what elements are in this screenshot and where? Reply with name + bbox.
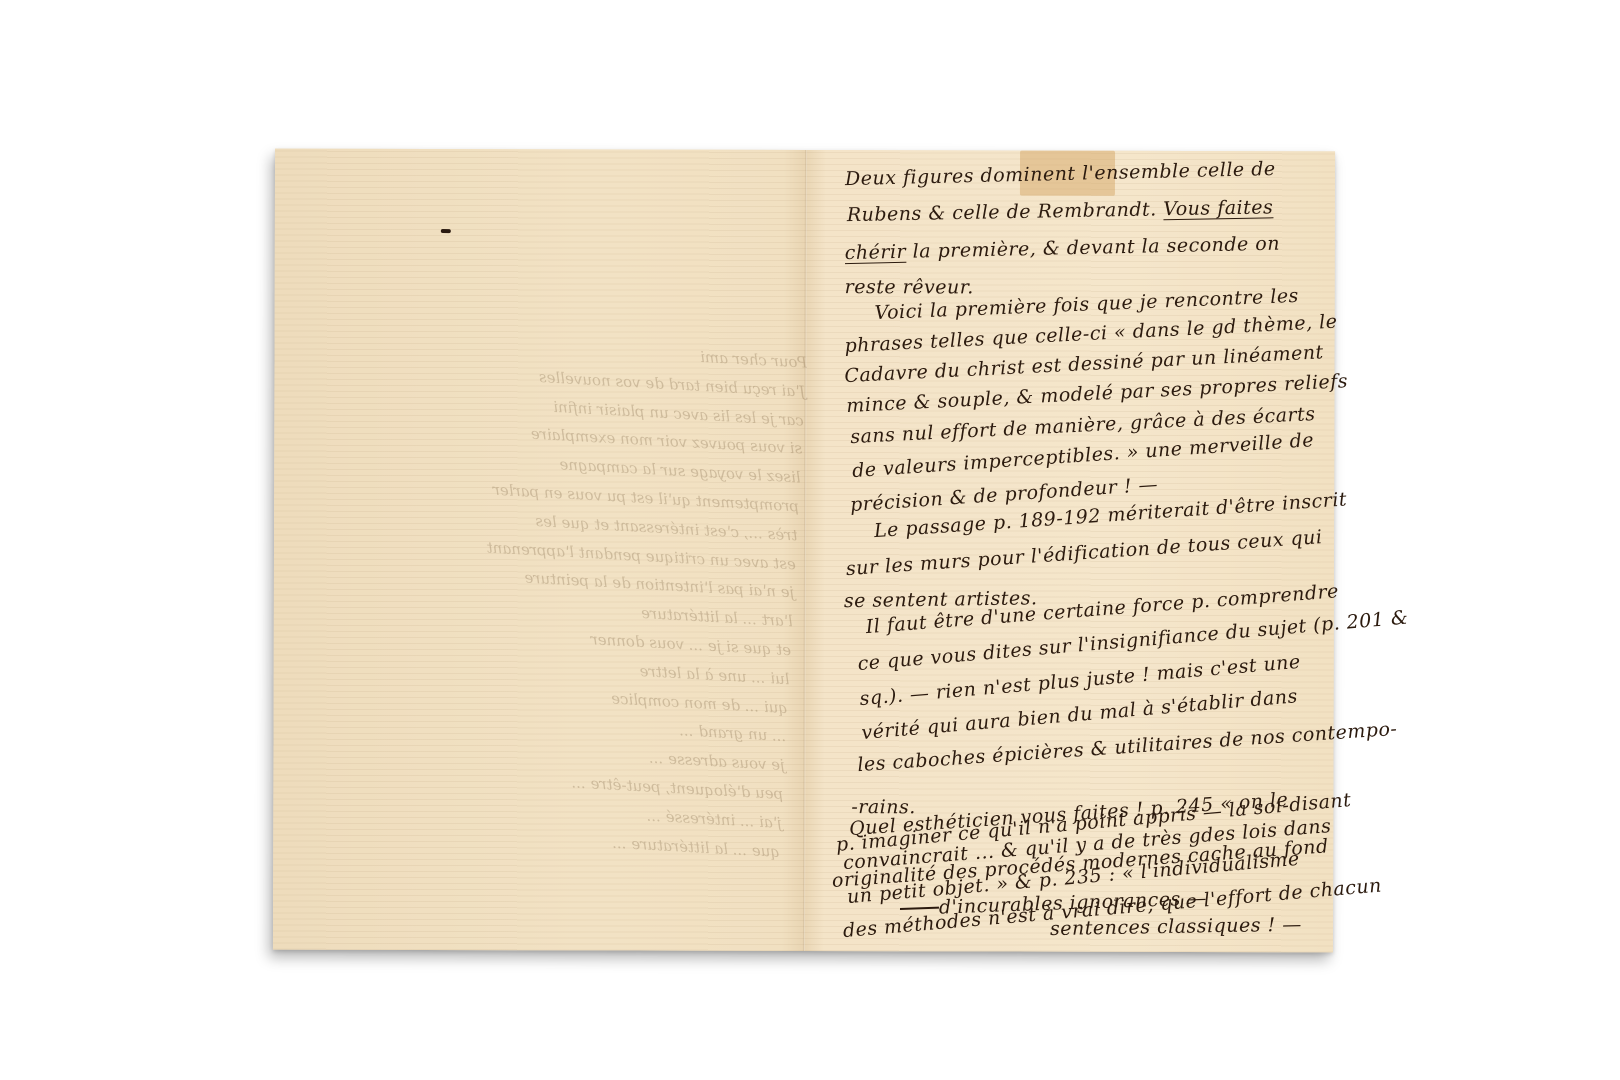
struck-word: ​ <box>900 897 940 920</box>
handwritten-lines: Deux figures dominent l'ensemble celle d… <box>845 168 1335 169</box>
line-1: Deux figures dominent l'ensemble celle d… <box>845 158 1276 190</box>
left-page: Pour cher ami J'ai reçu bien tard de vos… <box>273 149 805 951</box>
line-2-text: Rubens & celle de Rembrandt. <box>847 198 1164 226</box>
ink-blot <box>441 229 451 233</box>
line-2-underlined: Vous faites <box>1163 196 1273 220</box>
line-3-text: la première, & devant la seconde on <box>906 233 1280 263</box>
line-3: chérir la première, & devant la seconde … <box>845 233 1281 264</box>
manuscript-sheet: Pour cher ami J'ai reçu bien tard de vos… <box>273 149 1335 953</box>
line-2: Rubens & celle de Rembrandt. Vous faites <box>847 196 1274 226</box>
line-4: reste rêveur. <box>845 276 974 298</box>
line-28: sentences classiques ! — <box>1050 914 1302 940</box>
line-3-underlined: chérir <box>845 241 907 264</box>
bleed-through-text: Pour cher ami J'ai reçu bien tard de vos… <box>270 321 808 867</box>
